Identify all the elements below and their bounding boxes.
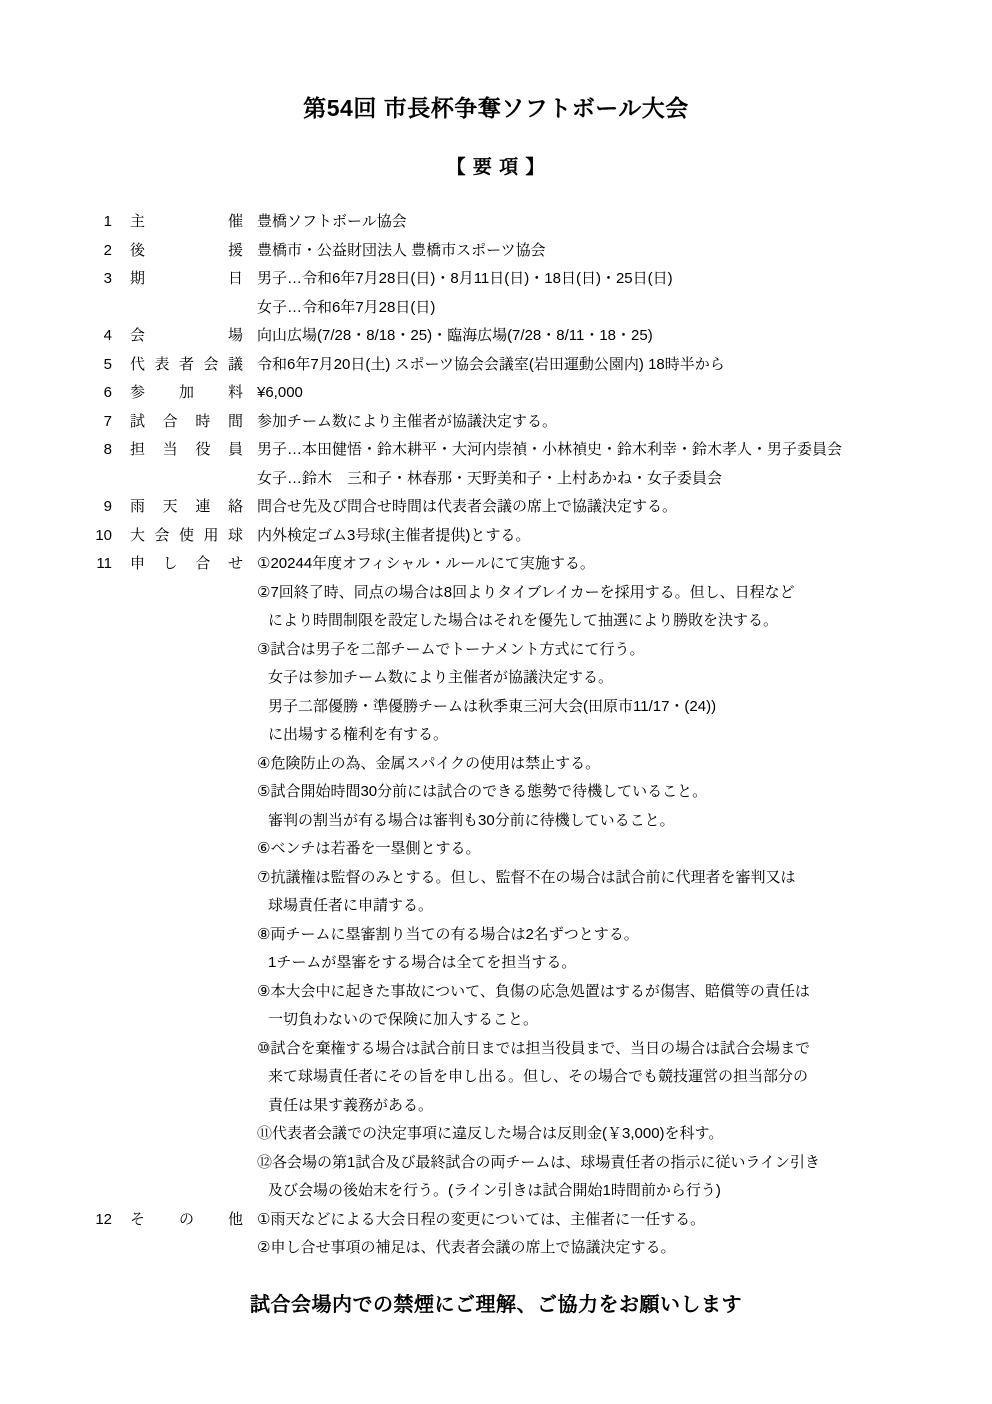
item-content: ¥6,000: [257, 379, 992, 408]
item-line: ①20244年度オフィシャル・ルールにて実施する。: [257, 550, 992, 579]
item-number: 12: [0, 1206, 112, 1235]
item-line: ⑤試合開始時間30分前には試合のできる態勢で待機していること。: [257, 778, 992, 807]
item-line: 男子二部優勝・準優勝チームは秋季東三河大会(田原市11/17・(24)): [257, 693, 992, 722]
item-label: 大 会 使 用 球: [130, 522, 243, 551]
item-line: により時間制限を設定した場合はそれを優先して抽選により勝敗を決する。: [257, 607, 992, 636]
item-content: 令和6年7月20日(土) スポーツ協会会議室(岩田運動公園内) 18時半から: [257, 351, 992, 380]
item-content: 豊橋ソフトボール協会: [257, 208, 992, 237]
item-line: ⑧両チームに塁審割り当ての有る場合は2名ずつとする。: [257, 921, 992, 950]
item-label: そ の 他: [130, 1206, 243, 1235]
item-line: 問合せ先及び問合せ時間は代表者会議の席上で協議決定する。: [257, 493, 992, 522]
item-content: ①20244年度オフィシャル・ルールにて実施する。②7回終了時、同点の場合は8回…: [257, 550, 992, 1206]
item-line: 一切負わないので保険に加入すること。: [257, 1006, 992, 1035]
item-line: ①雨天などによる大会日程の変更については、主催者に一任する。: [257, 1206, 992, 1235]
item-content: 豊橋市・公益財団法人 豊橋市スポーツ協会: [257, 237, 992, 266]
item-row: 10大 会 使 用 球内外検定ゴム3号球(主催者提供)とする。: [0, 522, 992, 551]
item-row: 1主 催豊橋ソフトボール協会: [0, 208, 992, 237]
item-line: 球場責任者に申請する。: [257, 892, 992, 921]
item-row: 3期 日男子…令和6年7月28日(日)・8月11日(日)・18日(日)・25日(…: [0, 265, 992, 322]
item-number: 5: [0, 351, 112, 380]
item-line: に出場する権利を有する。: [257, 721, 992, 750]
item-line: ③試合は男子を二部チームでトーナメント方式にて行う。: [257, 636, 992, 665]
item-line: ⑨本大会中に起きた事故について、負傷の応急処置はするが傷害、賠償等の責任は: [257, 978, 992, 1007]
item-label: 代 表 者 会 議: [130, 351, 243, 380]
item-label: 主 催: [130, 208, 243, 237]
item-number: 3: [0, 265, 112, 294]
item-content: 向山広場(7/28・8/18・25)・臨海広場(7/28・8/11・18・25): [257, 322, 992, 351]
page-title: 第54回 市長杯争奪ソフトボール大会: [0, 0, 992, 123]
page-subtitle: 【 要 項 】: [0, 152, 992, 179]
item-number: 4: [0, 322, 112, 351]
item-line: 来て球場責任者にその旨を申し出る。但し、その場合でも競技運営の担当部分の: [257, 1063, 992, 1092]
item-number: 2: [0, 237, 112, 266]
item-line: 1チームが塁審をする場合は全てを担当する。: [257, 949, 992, 978]
item-row: 5代 表 者 会 議令和6年7月20日(土) スポーツ協会会議室(岩田運動公園内…: [0, 351, 992, 380]
item-number: 10: [0, 522, 112, 551]
item-number: 11: [0, 550, 112, 579]
item-number: 1: [0, 208, 112, 237]
item-line: 男子…本田健悟・鈴木耕平・大河内崇禎・小林禎史・鈴木利幸・鈴木孝人・男子委員会: [257, 436, 992, 465]
item-line: 豊橋ソフトボール協会: [257, 208, 992, 237]
item-number: 8: [0, 436, 112, 465]
item-line: 責任は果す義務がある。: [257, 1092, 992, 1121]
item-number: 6: [0, 379, 112, 408]
item-line: 女子…鈴木 三和子・林春那・天野美和子・上村あかね・女子委員会: [257, 465, 992, 494]
item-line: ⑦抗議権は監督のみとする。但し、監督不在の場合は試合前に代理者を審判又は: [257, 864, 992, 893]
item-label: 申 し 合 せ: [130, 550, 243, 579]
item-content: ①雨天などによる大会日程の変更については、主催者に一任する。②申し合せ事項の補足…: [257, 1206, 992, 1263]
item-line: ⑩試合を棄権する場合は試合前日までは担当役員まで、当日の場合は試合会場まで: [257, 1035, 992, 1064]
item-label: 期 日: [130, 265, 243, 294]
item-line: ⑪代表者会議での決定事項に違反した場合は反則金(￥3,000)を科す。: [257, 1120, 992, 1149]
item-line: 令和6年7月20日(土) スポーツ協会会議室(岩田運動公園内) 18時半から: [257, 351, 992, 380]
document-page: 第54回 市長杯争奪ソフトボール大会 【 要 項 】 1主 催豊橋ソフトボール協…: [0, 0, 992, 1404]
item-content: 参加チーム数により主催者が協議決定する。: [257, 408, 992, 437]
item-line: ②7回終了時、同点の場合は8回よりタイブレイカーを採用する。但し、日程など: [257, 579, 992, 608]
item-label: 参 加 料: [130, 379, 243, 408]
item-line: 豊橋市・公益財団法人 豊橋市スポーツ協会: [257, 237, 992, 266]
item-line: 参加チーム数により主催者が協議決定する。: [257, 408, 992, 437]
item-row: 12そ の 他①雨天などによる大会日程の変更については、主催者に一任する。②申し…: [0, 1206, 992, 1263]
item-line: ⑫各会場の第1試合及び最終試合の両チームは、球場責任者の指示に従いライン引き: [257, 1149, 992, 1178]
item-row: 6参 加 料¥6,000: [0, 379, 992, 408]
item-row: 9雨 天 連 絡問合せ先及び問合せ時間は代表者会議の席上で協議決定する。: [0, 493, 992, 522]
item-line: 男子…令和6年7月28日(日)・8月11日(日)・18日(日)・25日(日): [257, 265, 992, 294]
item-line: 審判の割当が有る場合は審判も30分前に待機していること。: [257, 807, 992, 836]
item-line: ②申し合せ事項の補足は、代表者会議の席上で協議決定する。: [257, 1234, 992, 1263]
item-label: 雨 天 連 絡: [130, 493, 243, 522]
item-line: ④危険防止の為、金属スパイクの使用は禁止する。: [257, 750, 992, 779]
item-label: 担 当 役 員: [130, 436, 243, 465]
item-line: 及び会場の後始末を行う。(ライン引きは試合開始1時間前から行う): [257, 1177, 992, 1206]
item-line: 女子は参加チーム数により主催者が協議決定する。: [257, 664, 992, 693]
page-footer: 試合会場内での禁煙にご理解、ご協力をお願いします: [0, 1288, 992, 1317]
item-line: 女子…令和6年7月28日(日): [257, 294, 992, 323]
item-label: 試 合 時 間: [130, 408, 243, 437]
item-label: 後 援: [130, 237, 243, 266]
item-line: ¥6,000: [257, 379, 992, 408]
item-line: 向山広場(7/28・8/18・25)・臨海広場(7/28・8/11・18・25): [257, 322, 992, 351]
item-line: ⑥ベンチは若番を一塁側とする。: [257, 835, 992, 864]
item-content: 男子…令和6年7月28日(日)・8月11日(日)・18日(日)・25日(日)女子…: [257, 265, 992, 322]
item-row: 7試 合 時 間参加チーム数により主催者が協議決定する。: [0, 408, 992, 437]
item-content: 男子…本田健悟・鈴木耕平・大河内崇禎・小林禎史・鈴木利幸・鈴木孝人・男子委員会女…: [257, 436, 992, 493]
items-list: 1主 催豊橋ソフトボール協会2後 援豊橋市・公益財団法人 豊橋市スポーツ協会3期…: [0, 208, 992, 1263]
item-row: 11申 し 合 せ①20244年度オフィシャル・ルールにて実施する。②7回終了時…: [0, 550, 992, 1206]
item-row: 4会 場向山広場(7/28・8/18・25)・臨海広場(7/28・8/11・18…: [0, 322, 992, 351]
item-line: 内外検定ゴム3号球(主催者提供)とする。: [257, 522, 992, 551]
item-row: 8担 当 役 員男子…本田健悟・鈴木耕平・大河内崇禎・小林禎史・鈴木利幸・鈴木孝…: [0, 436, 992, 493]
item-number: 9: [0, 493, 112, 522]
item-number: 7: [0, 408, 112, 437]
item-content: 内外検定ゴム3号球(主催者提供)とする。: [257, 522, 992, 551]
item-row: 2後 援豊橋市・公益財団法人 豊橋市スポーツ協会: [0, 237, 992, 266]
item-label: 会 場: [130, 322, 243, 351]
item-content: 問合せ先及び問合せ時間は代表者会議の席上で協議決定する。: [257, 493, 992, 522]
